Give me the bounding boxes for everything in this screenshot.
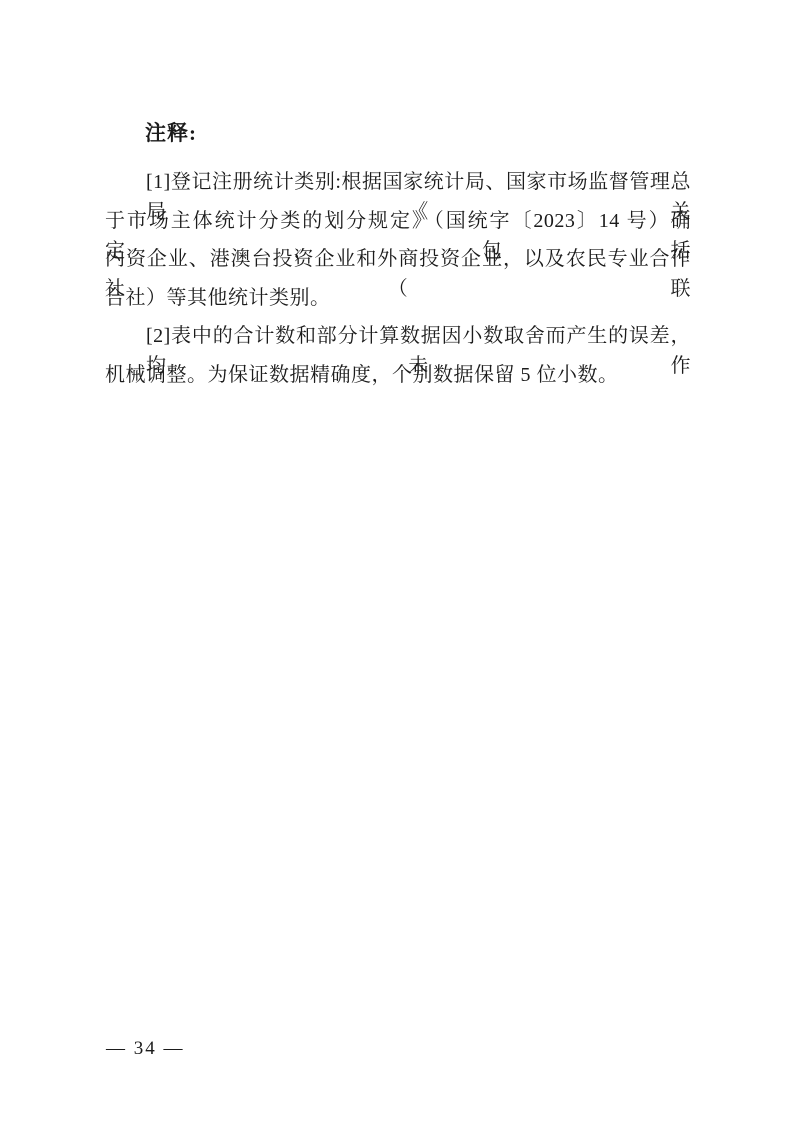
notes-heading: 注释: <box>145 118 197 148</box>
note2-line-2: 机械调整。为保证数据精确度，个别数据保留 5 位小数。 <box>105 360 691 390</box>
page-number: — 34 — <box>106 1036 185 1062</box>
note1-line-4: 合社）等其他统计类别。 <box>105 283 691 313</box>
document-page: 注释: [1]登记注册统计类别:根据国家统计局、国家市场监督管理总局《关 于市场… <box>0 0 793 1122</box>
